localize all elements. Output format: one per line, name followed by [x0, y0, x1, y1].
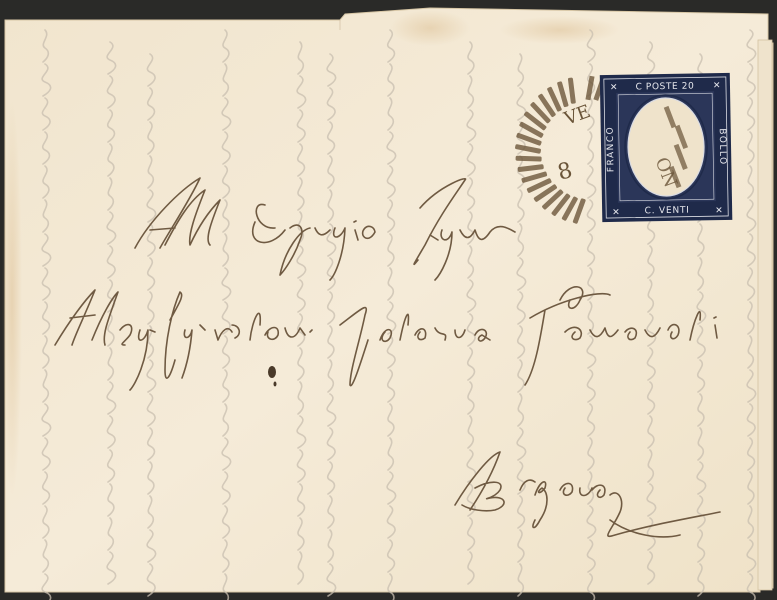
- letter-scene: VE 8 ✕ ✕ ✕ ✕ C POSTE 20 C. VENTI FRANCO …: [0, 0, 777, 600]
- svg-text:✕: ✕: [610, 83, 618, 93]
- postage-stamp: ✕ ✕ ✕ ✕ C POSTE 20 C. VENTI FRANCO BOLLO…: [600, 73, 733, 222]
- stamp-right-text: BOLLO: [717, 128, 728, 166]
- stamp-top-text: C POSTE 20: [635, 81, 694, 92]
- stamp-left-text: FRANCO: [606, 126, 617, 172]
- svg-text:✕: ✕: [713, 81, 721, 91]
- svg-text:✕: ✕: [715, 206, 723, 216]
- stamp-bottom-text: C. VENTI: [644, 206, 689, 217]
- svg-text:✕: ✕: [612, 208, 620, 218]
